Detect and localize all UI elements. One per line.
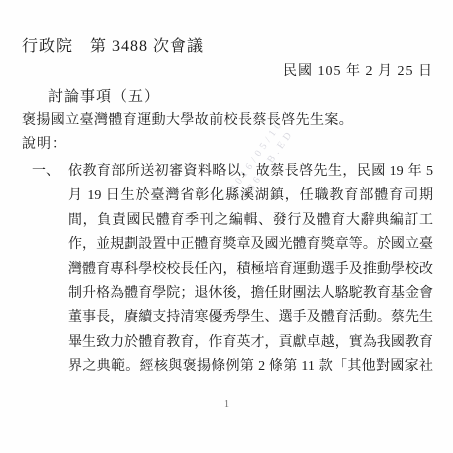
- body-line-2: 月 19 日生於臺灣省彰化縣溪湖鎮，任職教育部體育司期: [68, 184, 433, 208]
- item-number-marker: 一、: [32, 160, 68, 184]
- subject-line: 褒揚國立臺灣體育運動大學故前校長蔡長啓先生案。: [22, 109, 353, 129]
- body-line-1: 依教育部所送初審資料略以，故蔡長啓先生，民國 19 年 5: [68, 160, 433, 184]
- page-number: 1: [0, 399, 453, 410]
- item-text-block: 依教育部所送初審資料略以，故蔡長啓先生，民國 19 年 5 月 19 日生於臺灣…: [68, 160, 433, 380]
- body-line-8: 畢生致力於體育教育，作育英才，貢獻卓越，實為我國教育: [68, 331, 433, 355]
- meeting-title: 行政院 第 3488 次會議: [22, 33, 204, 56]
- body-line-4: 作，並規劃設置中正體育獎章及國光體育獎章等。於國立臺: [68, 233, 433, 257]
- explanation-item-1: 一、 依教育部所送初審資料略以，故蔡長啓先生，民國 19 年 5 月 19 日生…: [32, 160, 433, 380]
- body-line-6: 制升格為體育學院；退休後，擔任財團法人駱駝教育基金會: [68, 282, 433, 306]
- document-date: 民國 105 年 2 月 25 日: [283, 60, 433, 80]
- body-line-3: 間，負責國民體育季刊之編輯、發行及體育大辭典編訂工: [68, 209, 433, 233]
- body-line-5: 灣體育專科學校校長任內，積極培育運動選手及推動學校改: [68, 258, 433, 282]
- scanned-document-page: 2016/05/10 486 FB.ED 行政院 第 3488 次會議 民國 1…: [0, 0, 453, 453]
- explanation-label: 說明：: [22, 133, 67, 153]
- body-line-9: 界之典範。經核與褒揚條例第 2 條第 11 款「其他對國家社: [68, 355, 433, 379]
- body-line-7: 董事長，賡續支持清寒優秀學生、選手及體育活動。蔡先生: [68, 306, 433, 330]
- section-title: 討論事項（五）: [48, 85, 160, 106]
